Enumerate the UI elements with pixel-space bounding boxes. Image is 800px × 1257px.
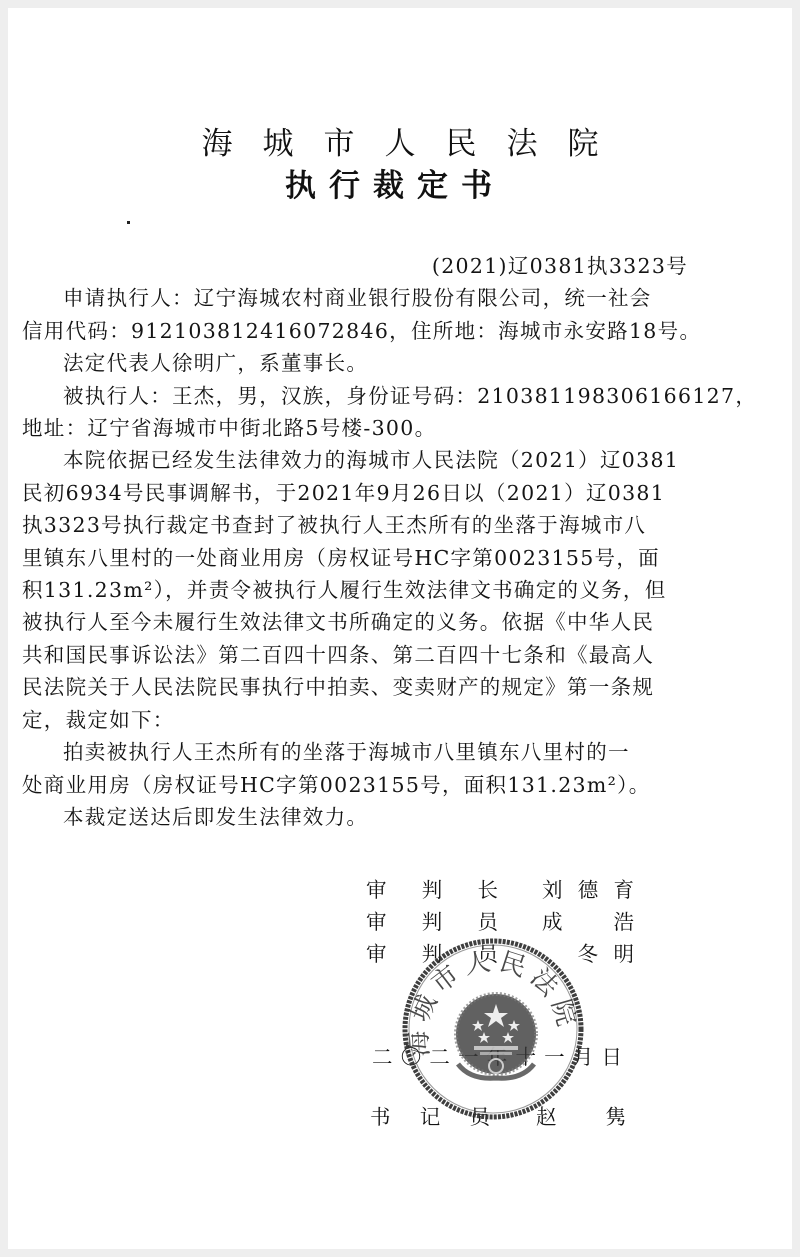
text-line: 里镇东八里村的一处商业用房（房权证号HC字第0023155号，面 [22,542,690,574]
char: 判 [422,906,443,938]
text-line: 积131.23m²），并责令被执行人履行生效法律文书确定的义务，但 [22,574,690,606]
char: 成 [542,906,563,938]
char: 员 [478,906,499,938]
char: 二 [372,1040,393,1070]
text-line: 共和国民事诉讼法》第二百四十四条、第二百四十七条和《最高人 [22,639,690,671]
text-line: 被执行人至今未履行生效法律文书所确定的义务。依据《中华人民 [22,606,690,638]
judge-name: 冬 明 [542,938,634,970]
char: 隽 [606,1100,627,1130]
court-name-heading: 海城市人民法院 [0,124,800,164]
char: 刘 [542,874,563,906]
court-name-char: 海 [202,124,263,164]
clerk-row: 书 记 员 赵 隽 [370,1100,626,1130]
document-body: (2021)辽0381执3323号 申请执行人：辽宁海城农村商业银行股份有限公司… [22,250,690,833]
case-number: (2021)辽0381执3323号 [22,250,690,282]
char: 年 [487,1040,508,1070]
char: 审 [366,906,387,938]
presiding-judge-row: 审 判 长 刘 德 育 [366,874,634,906]
role-label: 审 判 员 [366,906,498,938]
text-line: 民初6934号民事调解书，于2021年9月26日以（2021）辽0381 [22,477,690,509]
court-name-char: 法 [507,124,568,164]
char: 审 [366,874,387,906]
char: 十 [515,1040,536,1070]
role-label: 书 记 员 [370,1100,490,1130]
applicant-paragraph: 申请执行人：辽宁海城农村商业银行股份有限公司，统一社会 信用代码：9121038… [22,282,690,347]
char: 一 [458,1040,479,1070]
text-line: 本裁定送达后即发生法律效力。 [22,801,690,833]
char: 员 [478,938,499,970]
char: 一 [544,1040,565,1070]
char: 日 [602,1040,623,1070]
text-line: 申请执行人：辽宁海城农村商业银行股份有限公司，统一社会 [22,282,690,314]
judge-row: 审 判 员 成 浩 [366,906,634,938]
text-line: 法定代表人徐明广，系董事长。 [22,347,690,379]
role-label: 审 判 员 [366,938,498,970]
char: 员 [470,1100,491,1130]
char: 长 [478,874,499,906]
court-name-char: 民 [446,124,507,164]
court-name-char: 市 [324,124,385,164]
text-line: 民法院关于人民法院民事执行中拍卖、变卖财产的规定》第一条规 [22,671,690,703]
char: 审 [366,938,387,970]
text-line: 地址：辽宁省海城市中街北路5号楼-300。 [22,412,690,444]
judge-name: 成 浩 [542,906,634,938]
char: 德 [578,874,599,906]
court-name-char: 院 [568,124,629,164]
effect-paragraph: 本裁定送达后即发生法律效力。 [22,801,690,833]
text-line: 信用代码：912103812416072846，住所地：海城市永安路18号。 [22,315,690,347]
ruling-paragraph: 拍卖被执行人王杰所有的坐落于海城市八里镇东八里村的一 处商业用房（房权证号HC字… [22,736,690,801]
clerk-name: 赵 隽 [536,1100,626,1130]
facts-paragraph: 本院依据已经发生法律效力的海城市人民法院（2021）辽0381 民初6934号民… [22,444,690,736]
char: 冬 [578,938,599,970]
text-line: 被执行人：王杰，男，汉族，身份证号码：210381198306166127， [22,380,690,412]
judge-name: 刘 德 育 [542,874,634,906]
text-line: 本院依据已经发生法律效力的海城市人民法院（2021）辽0381 [22,444,690,476]
char: 赵 [536,1100,557,1130]
role-label: 审 判 长 [366,874,498,906]
char: 月 [573,1040,594,1070]
judge-row: 审 判 员 冬 明 [366,938,634,970]
court-name-char: 城 [263,124,324,164]
scan-speck [127,221,130,224]
text-line: 定，裁定如下： [22,704,690,736]
ruling-date: 二 〇 二 一 年 十 一 月 日 [372,1040,622,1070]
text-line: 处商业用房（房权证号HC字第0023155号，面积131.23m²）。 [22,769,690,801]
text-line: 拍卖被执行人王杰所有的坐落于海城市八里镇东八里村的一 [22,736,690,768]
document-type-title: 执行裁定书 [0,166,800,206]
legal-representative-paragraph: 法定代表人徐明广，系董事长。 [22,347,690,379]
char: 书 [370,1100,391,1130]
char: 育 [614,874,635,906]
char: 判 [422,874,443,906]
char: 判 [422,938,443,970]
signature-block: 审 判 长 刘 德 育 审 判 员 成 浩 审 判 员 冬 明 [366,874,634,970]
char [542,938,562,970]
text-line: 执3323号执行裁定书查封了被执行人王杰所有的坐落于海城市八 [22,509,690,541]
respondent-paragraph: 被执行人：王杰，男，汉族，身份证号码：210381198306166127， 地… [22,380,690,445]
char: 明 [614,938,635,970]
char: 浩 [614,906,635,938]
char: 二 [429,1040,450,1070]
char: 记 [420,1100,441,1130]
court-name-char: 人 [385,124,446,164]
char: 〇 [401,1040,422,1070]
